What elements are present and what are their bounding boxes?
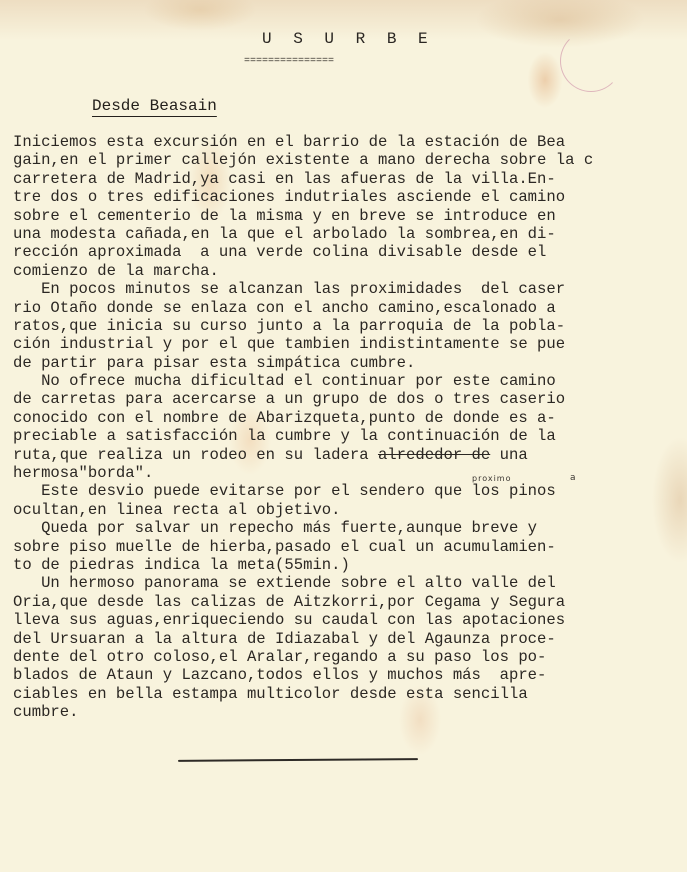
- stamp-mark: [560, 30, 622, 92]
- text-line: ruta,que realiza un rodeo en su ladera a…: [13, 446, 687, 464]
- text-line: carretera de Madrid,ya casi en las afuer…: [13, 170, 687, 188]
- text-line: ocultan,en linea recta al objetivo.: [13, 501, 687, 519]
- text-line: del Ursuaran a la altura de Idiazabal y …: [13, 630, 687, 648]
- document-page: U S U R B E =============== Desde Beasai…: [0, 0, 687, 872]
- text-line: cumbre.: [13, 703, 687, 721]
- text-line: En pocos minutos se alcanzan las proximi…: [13, 280, 687, 298]
- text-line: sobre piso muelle de hierba,pasado el cu…: [13, 538, 687, 556]
- text-line: gain,en el primer callejón existente a m…: [13, 151, 687, 169]
- text-line: ción industrial y por el que tambien ind…: [13, 335, 687, 353]
- text-line: to de piedras indica la meta(55min.): [13, 556, 687, 574]
- text-line: rio Otaño donde se enlaza con el ancho c…: [13, 299, 687, 317]
- text-line: sobre el cementerio de la misma y en bre…: [13, 207, 687, 225]
- text-line: blados de Ataun y Lazcano,todos ellos y …: [13, 666, 687, 684]
- end-rule-divider: [178, 758, 418, 762]
- text-line: rección aproximada a una verde colina di…: [13, 243, 687, 261]
- text-line: de carretas para acercarse a un grupo de…: [13, 390, 687, 408]
- text-line: Este desvio puede evitarse por el sender…: [13, 482, 687, 500]
- text-line: Iniciemos esta excursión en el barrio de…: [13, 133, 687, 151]
- text-line: ciables en bella estampa multicolor desd…: [13, 685, 687, 703]
- text-line: lleva sus aguas,enriqueciendo su caudal …: [13, 611, 687, 629]
- struck-text: alrededor de: [378, 446, 490, 464]
- title-underline: ===============: [244, 60, 334, 64]
- text-line: hermosa"borda".: [13, 464, 687, 482]
- text-line: una modesta cañada,en la que el arbolado…: [13, 225, 687, 243]
- document-title: U S U R B E: [262, 30, 434, 48]
- text-line: No ofrece mucha dificultad el continuar …: [13, 372, 687, 390]
- text-line: dente del otro coloso,el Aralar,regando …: [13, 648, 687, 666]
- text-line: preciable a satisfacción la cumbre y la …: [13, 427, 687, 445]
- document-body: Iniciemos esta excursión en el barrio de…: [13, 133, 687, 722]
- text-line: Oria,que desde las calizas de Aitzkorri,…: [13, 593, 687, 611]
- text-line: Queda por salvar un repecho más fuerte,a…: [13, 519, 687, 537]
- text-line: ratos,que inicia su curso junto a la par…: [13, 317, 687, 335]
- handwritten-correction: proximo: [472, 474, 511, 483]
- handwritten-correction-2: a: [570, 473, 576, 483]
- text-line: tre dos o tres edificaciones indutriales…: [13, 188, 687, 206]
- text-line: comienzo de la marcha.: [13, 262, 687, 280]
- text-line: de partir para pisar esta simpática cumb…: [13, 354, 687, 372]
- text-line: conocido con el nombre de Abarizqueta,pu…: [13, 409, 687, 427]
- text-line: Un hermoso panorama se extiende sobre el…: [13, 574, 687, 592]
- section-subtitle: Desde Beasain: [92, 97, 217, 115]
